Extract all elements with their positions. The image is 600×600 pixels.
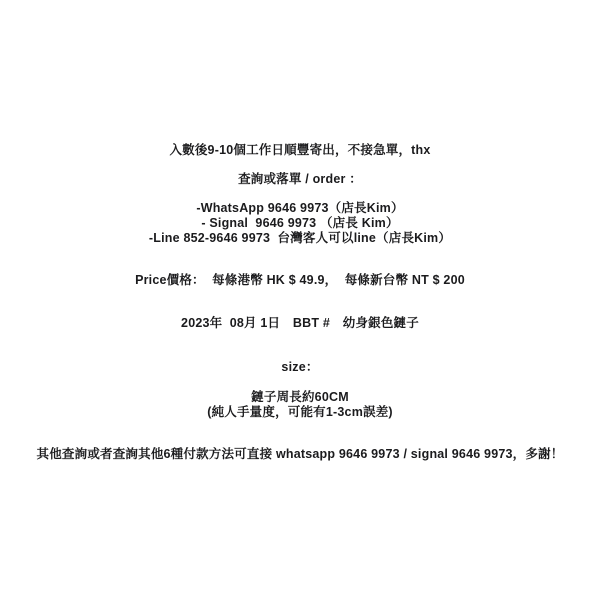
listing-text-block: 入數後9-10個工作日順豐寄出，不接急單，thx 查詢或落單 / order ：… [0,143,600,462]
date-product-title: 2023年 08月 1日 BBT # 幼身銀色鏈子 [0,316,600,331]
size-detail-block: 鏈子周長約60CM (純人手量度，可能有1-3cm誤差) [0,390,600,447]
listing-info-page: 入數後9-10個工作日順豐寄出，不接急單，thx 查詢或落單 / order ：… [0,0,600,600]
order-heading: 查詢或落單 / order ： [0,172,600,187]
size-heading: size： [0,360,600,375]
price-line: Price價格： 每條港幣 HK $ 49.9， 每條新台幣 NT $ 200 [0,273,600,288]
size-detail-tolerance: (純人手量度，可能有1-3cm誤差) [0,405,600,420]
size-detail-length: 鏈子周長約60CM [0,390,600,405]
footer-note: 其他查詢或者查詢其他6種付款方法可直接 whatsapp 9646 9973 /… [0,447,600,462]
contact-list: -WhatsApp 9646 9973（店長Kim） - Signal 9646… [0,201,600,246]
contact-signal: - Signal 9646 9973 （店長 Kim） [0,216,600,231]
shipping-note: 入數後9-10個工作日順豐寄出，不接急單，thx [0,143,600,158]
contact-whatsapp: -WhatsApp 9646 9973（店長Kim） [0,201,600,216]
contact-line: -Line 852-9646 9973 台灣客人可以line（店長Kim） [0,231,600,246]
